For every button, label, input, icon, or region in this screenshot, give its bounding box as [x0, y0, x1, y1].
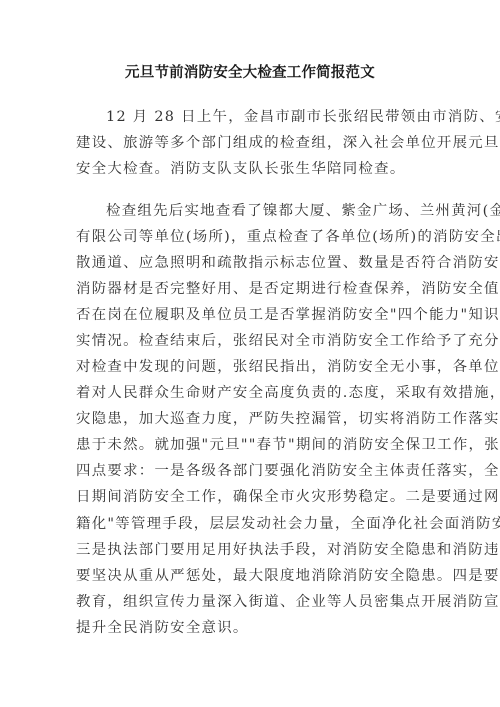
paragraph-line: 提升全民消防安全意识。 [76, 618, 249, 638]
paragraph-line: 四点要求：一是各级各部门要强化消防安全主体责任落实，全力抓好节 [76, 461, 500, 481]
paragraph-line: 检查组先后实地查看了镍都大厦、紫金广场、兰州黄河(金昌)麦芽 [106, 201, 500, 221]
paragraph-line: 灾隐患，加大巡查力度，严防失控漏管，切实将消防工作落实到位，防 [76, 409, 500, 429]
paragraph-line: 安全大检查。消防支队支队长张生华陪同检查。 [76, 159, 406, 179]
paragraph-line: 籍化"等管理手段，层层发动社会力量，全面净化社会面消防安全环境。 [76, 514, 500, 534]
paragraph-line: 要坚决从重从严惩处，最大限度地消除消防安全隐患。四是要强化宣传 [76, 566, 500, 586]
paragraph-line: 着对人民群众生命财产安全高度负责的.态度，采取有效措施，严查火 [76, 383, 500, 403]
paragraph-line: 散通道、应急照明和疏散指示标志位置、数量是否符合消防安全要求， [76, 253, 500, 273]
paragraph-line: 日期间消防安全工作，确保全市火灾形势稳定。二是要通过网格化"、"户 [76, 487, 500, 507]
paragraph-line: 建设、旅游等多个部门组成的检查组，深入社会单位开展元旦节前消防 [76, 133, 500, 153]
paragraph-line: 12 月 28 日上午，金昌市副市长张绍民带领由市消防、安监、商务、 [106, 107, 500, 127]
document-page: 元旦节前消防安全大检查工作简报范文 12 月 28 日上午，金昌市副市长张绍民带… [0, 0, 500, 707]
paragraph-line: 否在岗在位履职及单位员工是否掌握消防安全"四个能力"知识等工作落 [76, 305, 500, 325]
paragraph-line: 患于未然。就加强"元旦""春节"期间的消防安全保卫工作，张绍民提出 [76, 435, 500, 455]
paragraph-line: 实情况。检查结束后，张绍民对全市消防安全工作给予了充分肯定;针 [76, 331, 500, 351]
paragraph-line: 教育，组织宣传力量深入街道、企业等人员密集点开展消防宣传，切实 [76, 592, 500, 612]
paragraph-line: 三是执法部门要用足用好执法手段，对消防安全隐患和消防违法行为， [76, 540, 500, 560]
paragraph-line: 有限公司等单位(场所)，重点检查了各单位(场所)的消防安全出口、疏 [76, 227, 500, 247]
document-title: 元旦节前消防安全大检查工作简报范文 [0, 62, 500, 84]
paragraph-line: 对检查中发现的问题，张绍民指出，消防安全无小事，各单位务必要本 [76, 357, 500, 377]
paragraph-line: 消防器材是否完整好用、是否定期进行检查保养，消防安全值班人员是 [76, 279, 500, 299]
